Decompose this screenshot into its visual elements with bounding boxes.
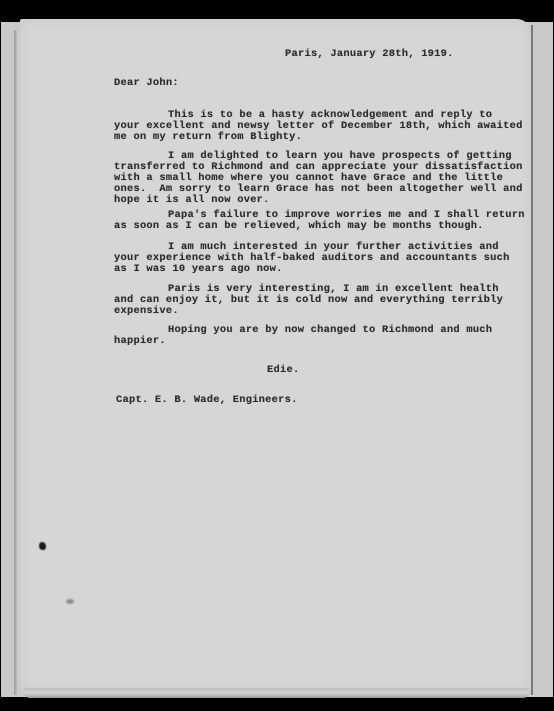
paragraph-line: me on my return from Blighty.	[114, 132, 523, 143]
paragraph-2: I am delighted to learn you have prospec…	[114, 151, 523, 206]
scanned-image: Paris, January 28th, 1919. Dear John: Th…	[0, 0, 554, 711]
paragraph-line: as I was 10 years ago now.	[114, 264, 510, 275]
paragraph-line: as soon as I can be relieved, which may …	[114, 221, 525, 232]
paragraph-3: Papa's failure to improve worries me and…	[114, 210, 525, 232]
paragraph-5: Paris is very interesting, I am in excel…	[114, 284, 503, 317]
paragraph-6: Hoping you are by now changed to Richmon…	[114, 325, 492, 347]
paragraph-1: This is to be a hasty acknowledgement an…	[114, 110, 523, 143]
paragraph-line: Hoping you are by now changed to Richmon…	[114, 325, 492, 336]
paragraph-line: hope it is all now over.	[114, 195, 523, 206]
signature: Edie.	[267, 365, 299, 376]
paragraph-line: expensive.	[114, 306, 503, 317]
salutation: Dear John:	[114, 78, 179, 89]
paragraph-line: happier.	[114, 336, 492, 347]
paragraph-4: I am much interested in your further act…	[114, 242, 510, 275]
dateline: Paris, January 28th, 1919.	[285, 49, 454, 60]
addressee-line: Capt. E. B. Wade, Engineers.	[116, 395, 298, 406]
letter-text: Paris, January 28th, 1919. Dear John: Th…	[0, 0, 554, 711]
